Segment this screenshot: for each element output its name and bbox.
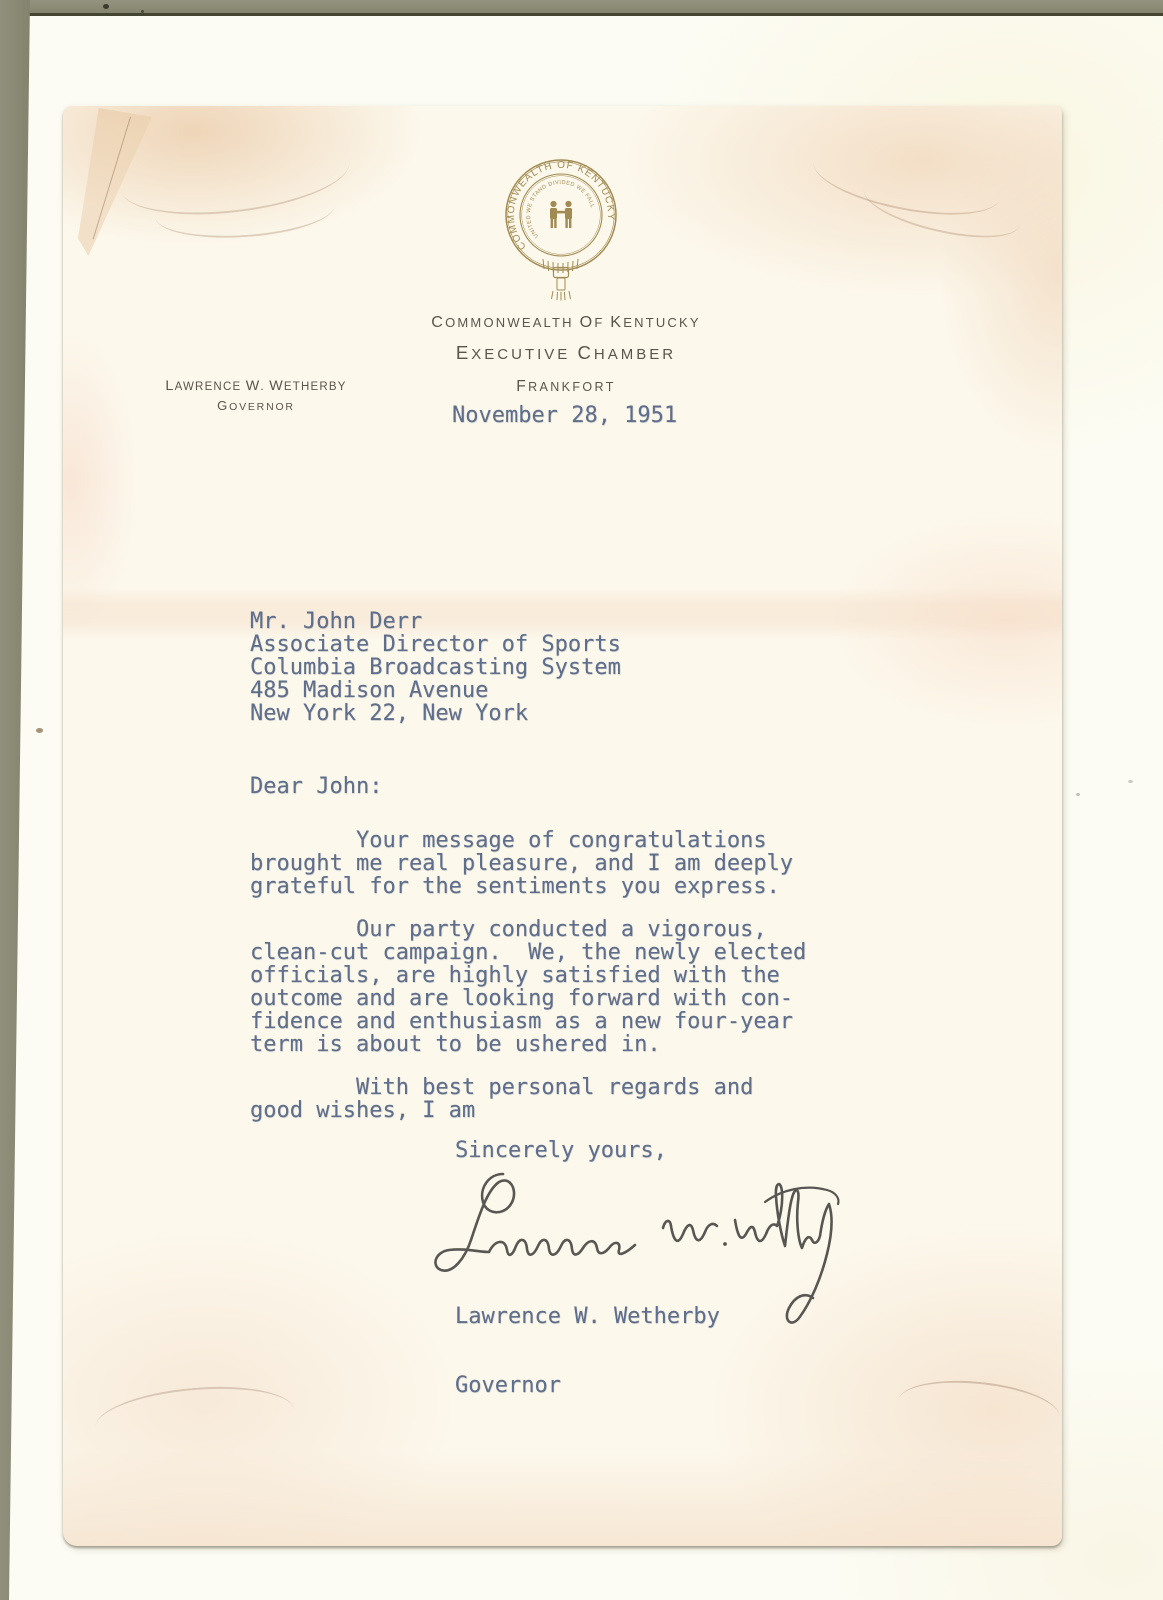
background-speck	[1076, 793, 1080, 796]
letterhead-office-line: EXECUTIVE CHAMBER	[316, 342, 816, 364]
letter-line: Columbia Broadcasting System	[250, 656, 621, 679]
letter-line: fidence and enthusiasm as a new four-yea…	[250, 1010, 806, 1033]
svg-text:UNITED WE STAND DIVIDED WE FAL: UNITED WE STAND DIVIDED WE FALL	[526, 180, 595, 239]
salutation: Dear John:	[250, 775, 382, 798]
letter-line: Your message of congratulations	[250, 829, 793, 852]
letter-line: Mr. John Derr	[250, 610, 621, 633]
seal-garter-buckle	[543, 259, 578, 301]
letter-line: New York 22, New York	[250, 702, 621, 725]
signature-block: Lawrence W. Wetherby Governor	[455, 1259, 720, 1443]
seal-motto-text: UNITED WE STAND DIVIDED WE FALL	[526, 180, 595, 239]
scanner-frame-top-edge	[0, 0, 1163, 16]
letterhead-official-name: LAWRENCE W. WETHERBY	[156, 378, 356, 394]
letter-line: Associate Director of Sports	[250, 633, 621, 656]
kentucky-state-seal: COMMONWEALTH OF KENTUCKY UNITED WE STAND…	[491, 152, 631, 302]
scanner-frame-left-edge	[0, 0, 34, 1600]
frame-speck	[103, 4, 109, 9]
letter-line: outcome and are looking forward with con…	[250, 987, 806, 1010]
letter-line: officials, are highly satisfied with the	[250, 964, 806, 987]
frame-speck	[141, 10, 144, 13]
date-line: November 28, 1951	[452, 404, 677, 427]
background-speck	[36, 728, 43, 733]
letter-line: 485 Madison Avenue	[250, 679, 621, 702]
typed-signer-name: Lawrence W. Wetherby	[455, 1305, 720, 1328]
letter-line: grateful for the sentiments you express.	[250, 875, 793, 898]
letterhead-city-line: FRANKFORT	[316, 378, 816, 396]
body-paragraph-1: Your message of congratulationsbrought m…	[250, 829, 793, 898]
seal-figures-handshake	[550, 201, 572, 228]
letter-line: clean-cut campaign. We, the newly electe…	[250, 941, 806, 964]
body-paragraph-3: With best personal regards andgood wishe…	[250, 1076, 753, 1122]
letterhead-official-title: GOVERNOR	[156, 398, 356, 413]
letter-line: Our party conducted a vigorous,	[250, 918, 806, 941]
letterhead-org-line: COMMONWEALTH OF KENTUCKY	[316, 313, 816, 332]
background-speck	[1128, 780, 1133, 783]
letter-line: brought me real pleasure, and I am deepl…	[250, 852, 793, 875]
typed-signer-title: Governor	[455, 1374, 720, 1397]
letter-line: With best personal regards and	[250, 1076, 753, 1099]
recipient-address-block: Mr. John DerrAssociate Director of Sport…	[250, 610, 621, 725]
body-paragraph-2: Our party conducted a vigorous,clean-cut…	[250, 918, 806, 1056]
letter-line: good wishes, I am	[250, 1099, 753, 1122]
scanned-letter-photo: COMMONWEALTH OF KENTUCKY UNITED WE STAND…	[0, 0, 1163, 1600]
letter-line: term is about to be ushered in.	[250, 1033, 806, 1056]
